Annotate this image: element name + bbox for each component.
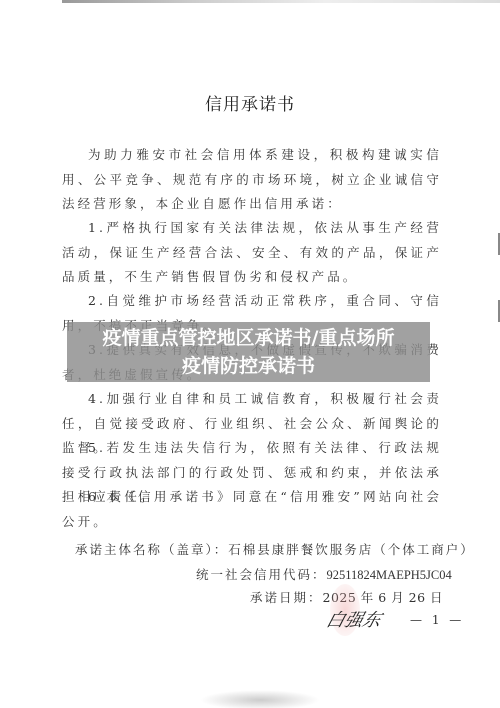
item-1: 1.严格执行国家有关法律法规，依法从事生产经营活动，保证生产经营合法、安全、有效…	[62, 216, 442, 290]
intro-paragraph: 为助力雅安市社会信用体系建设，积极构建诚实信用、公平竞争、规范有序的市场环境，树…	[62, 143, 442, 217]
signatory-label: 承诺主体名称（盖章）：	[75, 542, 228, 557]
credit-code-line: 统一社会信用代码：92511824MAEPH5JC04	[196, 565, 452, 583]
document-title: 信用承诺书	[0, 90, 500, 115]
signatory-name: 石棉县康胖餐饮服务店（个体工商户）	[228, 542, 475, 557]
scan-edge-shadow	[62, 0, 500, 3]
handwritten-signature: 白强东	[324, 606, 385, 632]
item-6: 6.本《信用承诺书》同意在“信用雅安”网站向社会公开。	[62, 485, 442, 534]
credit-code-value: 92511824MAEPH5JC04	[327, 568, 452, 582]
scan-smudge	[200, 690, 320, 708]
signatory-line: 承诺主体名称（盖章）：石棉县康胖餐饮服务店（个体工商户）	[75, 540, 475, 558]
credit-code-label: 统一社会信用代码：	[196, 567, 327, 582]
date-label: 承诺日期：	[250, 590, 323, 605]
overlay-line-1: 疫情重点管控地区承诺书/重点场所	[67, 324, 430, 352]
overlay-caption: 疫情重点管控地区承诺书/重点场所 疫情防控承诺书	[67, 324, 430, 380]
overlay-line-2: 疫情防控承诺书	[67, 352, 430, 380]
page-number: — 1 —	[410, 613, 464, 627]
